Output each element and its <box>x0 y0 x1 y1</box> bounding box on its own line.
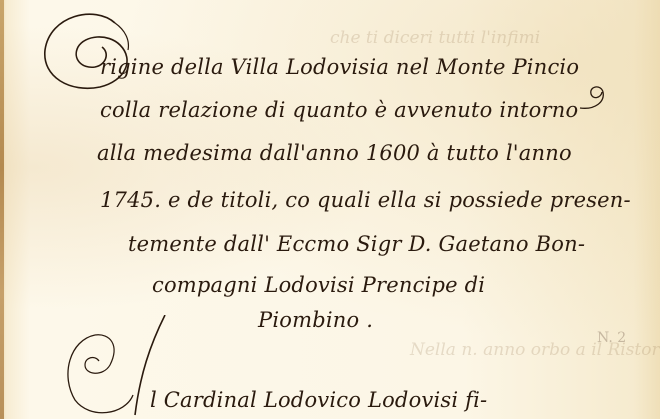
page-binding-edge <box>0 0 4 419</box>
title-line-2: colla relazione di quanto è avvenuto int… <box>100 98 578 122</box>
title-line-6: compagni Lodovisi Prencipe di <box>152 273 485 297</box>
title-line-7: Piombino . <box>258 308 373 332</box>
flourish <box>575 80 615 120</box>
title-line-1: rigine della Villa Lodovisia nel Monte P… <box>100 55 579 79</box>
show-through-text: che ti diceri tutti l'infimi <box>330 28 540 48</box>
title-line-5: temente dall' Eccmo Sigr D. Gaetano Bon- <box>128 232 585 256</box>
margin-mark: N. 2 <box>597 330 626 346</box>
body-line-1: l Cardinal Lodovico Lodovisi fi- <box>150 388 487 412</box>
manuscript-page: che ti diceri tutti l'infimi Nella n. an… <box>0 0 660 419</box>
title-line-4: 1745. e de titoli, co quali ella si poss… <box>100 188 631 212</box>
title-line-3: alla medesima dall'anno 1600 à tutto l'a… <box>97 141 572 165</box>
